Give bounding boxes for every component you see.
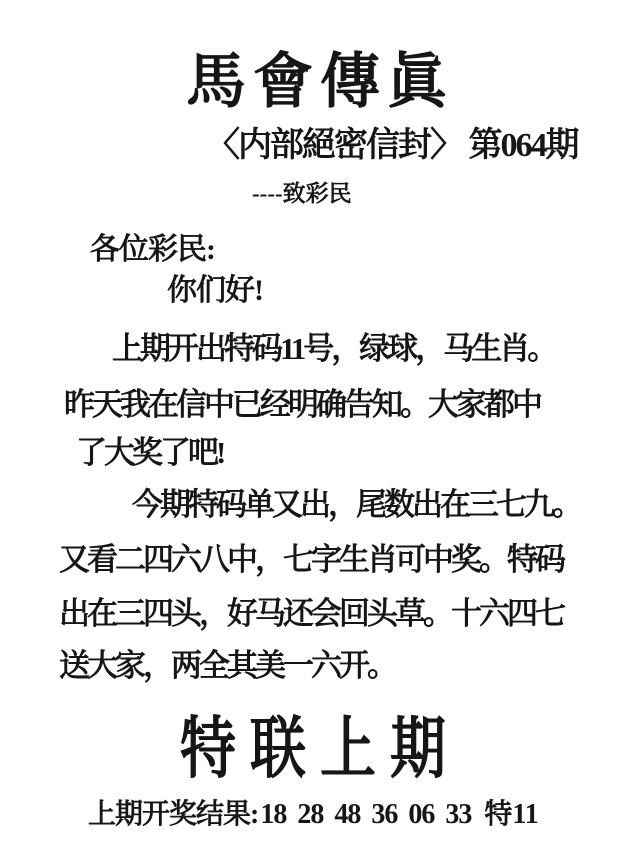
issue-line: 〈内部絕密信封〉 第064期 <box>206 127 578 164</box>
fax-page: { "header": { "title": "馬會傳眞", "issue_li… <box>0 0 640 853</box>
special-number: 特11 <box>484 799 538 830</box>
result-number: 18 <box>260 799 286 830</box>
result-label: 上期开奖结果: <box>88 799 258 830</box>
section-title: 特联上期 <box>0 714 640 788</box>
dedication-line: ----致彩民 <box>252 181 352 206</box>
fax-sheet: 馬會傳眞 〈内部絕密信封〉 第064期 ----致彩民 各位彩民: 你们好! 上… <box>0 0 640 853</box>
letter-line-para1-3: 了大奖了吧! <box>76 436 223 470</box>
letter-line-para2-2: 又看二四六八中，七字生肖可中奖。特码 <box>59 543 563 577</box>
result-number: 28 <box>297 799 323 830</box>
result-number: 06 <box>408 799 434 830</box>
salutation-line: 各位彩民: <box>90 234 215 266</box>
letter-line-para2-3: 出在三四头，好马还会回头草。十六四七 <box>59 597 563 631</box>
letter-line-para2-4: 送大家，两全其美一六开。 <box>59 649 395 683</box>
result-line: 上期开奖结果:182848360633特11 <box>88 799 539 831</box>
result-number: 33 <box>445 799 471 830</box>
result-number: 48 <box>334 799 360 830</box>
letter-line-para1-1: 上期开出特码11号，绿球，马生肖。 <box>112 332 555 366</box>
result-number: 36 <box>371 799 397 830</box>
page-title: 馬會傳眞 <box>0 48 640 117</box>
greeting-line: 你们好! <box>167 275 263 307</box>
letter-line-para1-2: 昨天我在信中已经明确告知。大家都中 <box>64 388 540 422</box>
letter-line-para2-1: 今期特码单又出，尾数出在三七九。 <box>132 488 580 522</box>
